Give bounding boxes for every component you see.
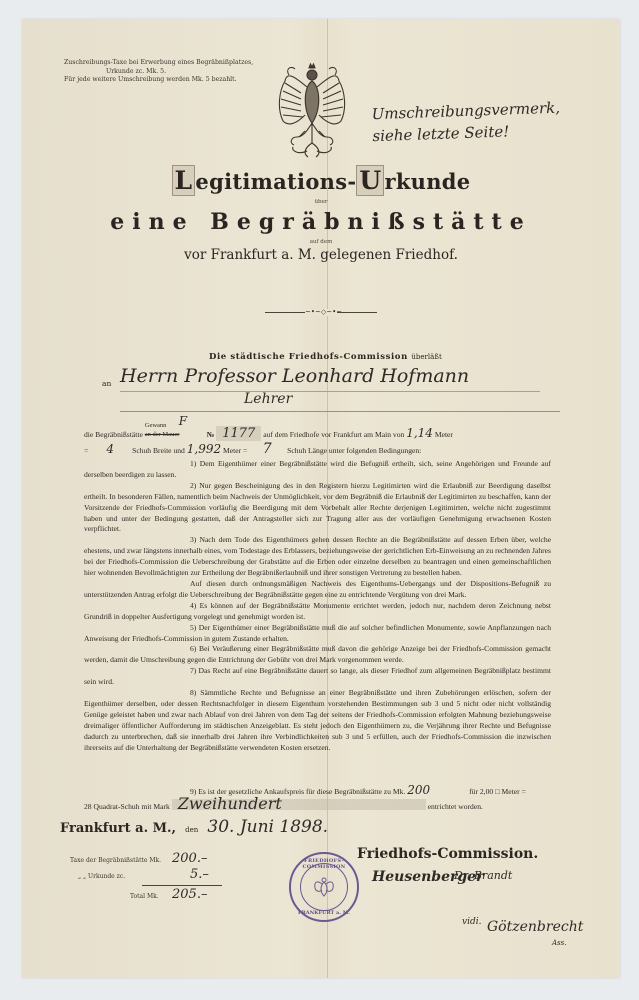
plot-number: 1177 (216, 426, 261, 441)
plot-line-2: = 4 Schuh Breite und 1,992 Meter = 7 Sch… (84, 444, 584, 457)
fees-total-value: 205.– (172, 887, 207, 902)
fees-row-1-value: 200.– (172, 851, 207, 866)
title-part-1: egitimations- (195, 169, 356, 194)
certificate-paper: Zuschreibungs-Taxe bei Erwerbung eines B… (22, 19, 620, 978)
number-label: № (207, 430, 215, 439)
title-part-2: rkunde (384, 169, 470, 194)
date: 30. Juni 1898. (207, 817, 328, 837)
price-text-3: 28 Quadrat-Schuh mit Mark (84, 802, 170, 811)
title-subject: eine Begräbnißstätte (22, 209, 620, 235)
title-auf-dem: auf dem (22, 239, 620, 245)
commission-stamp: FRIEDHOFS-COMMISSION FRANKFURT a. M. (289, 852, 359, 922)
conditions-list: 1) Dem Eigenthümer einer Begräbnißstätte… (84, 459, 551, 753)
meter-label: Meter (435, 430, 453, 439)
schuh-laenge-label: Schuh Länge unter folgenden Bedingungen: (287, 446, 421, 455)
title-block: Legitimations-Urkunde über eine Begräbni… (22, 165, 620, 263)
signature-3-suffix: Ass. (552, 939, 566, 947)
price-amount: 200 (407, 785, 467, 796)
grant-commission: Die städtische Friedhofs-Commission (209, 352, 408, 362)
price-line-1: 9) Es ist der gesetzliche Ankaufspreis f… (84, 785, 551, 798)
price-text-4: entrichtet worden. (428, 802, 483, 811)
fees-total-label: Total Mk. (130, 893, 159, 900)
gewann-value: F (179, 416, 187, 427)
equals-sign: = (84, 446, 88, 455)
price-amount-words: Zweihundert (172, 799, 426, 810)
condition-4: 4) Es können auf der Begräbnißstätte Mon… (84, 601, 551, 623)
mauer-struck: an der Mauer (145, 431, 180, 438)
condition-6: 6) Bei Veräußerung einer Begräbnißstätte… (84, 644, 551, 666)
fees-table: Taxe der Begräbnißstätte Mk. 200.– „ „ U… (70, 857, 230, 909)
fees-total-row: Total Mk. 205.– (70, 893, 230, 909)
stamp-text-bottom: FRANKFURT a. M. (291, 910, 357, 916)
recipient-occupation: Lehrer (244, 391, 292, 407)
plot-width-schuh: 4 (90, 444, 130, 455)
fees-row-1-label: Taxe der Begräbnißstätte Mk. (70, 857, 161, 864)
title-initial-l: L (172, 165, 196, 196)
fees-row-2-label: „ „ Urkunde zc. (78, 873, 125, 880)
condition-1: 1) Dem Eigenthümer einer Begräbnißstätte… (84, 459, 551, 481)
eagle-emblem-icon (267, 61, 357, 163)
plot-length-schuh: 7 (249, 444, 285, 455)
recipient-name: Herrn Professor Leonhard Hofmann (120, 365, 540, 392)
plot-prefix: die Begräbnißstätte (84, 430, 143, 439)
plot-width-m: 1,14 (406, 426, 433, 440)
condition-7: 7) Das Recht auf eine Begräbnißstätte da… (84, 666, 551, 688)
stamp-text-top: FRIEDHOFS-COMMISSION (291, 858, 357, 870)
signature-3: Götzenbrecht (487, 919, 583, 935)
plot-length-m: 1,992 (187, 442, 221, 456)
condition-3: 3) Nach dem Tode des Eigenthümers gehen … (84, 535, 551, 579)
ornament-glyph: ~•~◇~•~ (305, 309, 337, 316)
meter-equals-label: Meter = (223, 446, 247, 455)
plot-line-1: die Begräbnißstätte Gewann F an der Maue… (84, 428, 584, 441)
fees-row-2-value: 5.– (190, 867, 209, 882)
title-initial-u: U (356, 165, 384, 196)
grant-intro: Die städtische Friedhofs-Commission über… (209, 352, 442, 362)
signature-2: Dr. Brandt (454, 869, 512, 882)
ornament-divider: ~•~◇~•~ (265, 309, 377, 317)
title-ueber: über (22, 199, 620, 205)
price-text-2: für 2,00 □ Meter = (469, 787, 526, 796)
place: Frankfurt a. M., (60, 821, 176, 836)
recipient-an: an (102, 379, 111, 388)
recipient-rule (120, 411, 560, 412)
condition-8: 8) Sämmtliche Rechte und Befugnisse an e… (84, 688, 551, 753)
condition-3b: Auf diesen durch ordnungsmäßigen Nachwei… (84, 579, 551, 601)
price-line-2: 28 Quadrat-Schuh mit Mark Zweihundert en… (84, 799, 551, 813)
handwritten-note: Umschreibungsvermerk, siehe letzte Seite… (371, 95, 612, 147)
schuh-breite-label: Schuh Breite und (132, 446, 185, 455)
vidi-note: vidi. (462, 917, 481, 927)
signature-heading: Friedhofs-Commission. (357, 846, 538, 862)
condition-2: 2) Nur gegen Bescheinigung des in den Re… (84, 481, 551, 536)
title-location: vor Frankfurt a. M. gelegenen Friedhof. (22, 247, 620, 263)
place-date: Frankfurt a. M., den 30. Juni 1898. (60, 817, 328, 837)
den-label: den (185, 826, 198, 834)
gewann-label: Gewann (145, 421, 167, 432)
grant-ueberlaesst: überläßt (411, 353, 441, 361)
condition-5: 5) Der Eigenthümer einer Begräbnißstätte… (84, 623, 551, 645)
document-title: Legitimations-Urkunde (22, 165, 620, 196)
stamp-eagle-icon (300, 863, 348, 911)
plot-location: auf dem Friedhofe vor Frankfurt am Main … (263, 430, 404, 439)
